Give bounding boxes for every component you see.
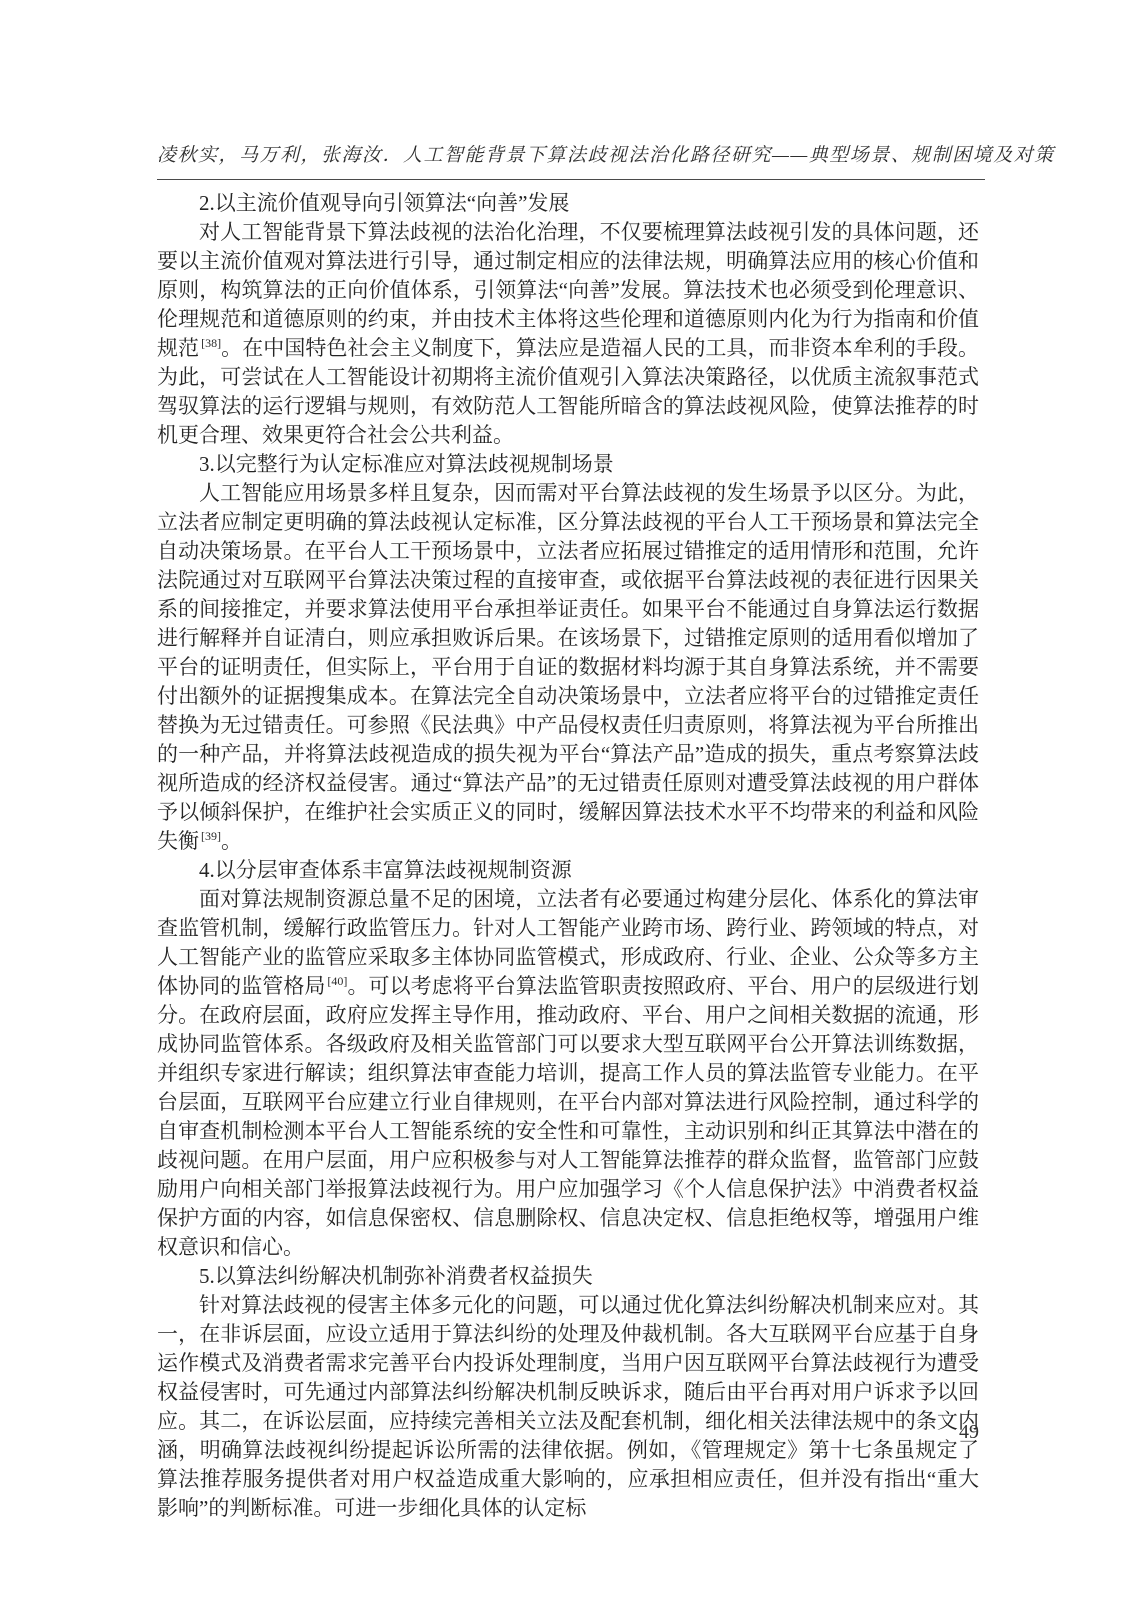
section-heading: 5.以算法纠纷解决机制弥补消费者权益损失 — [157, 1262, 979, 1291]
paper-page: 凌秋实，马万利，张海汝．人工智能背景下算法歧视法治化路径研究——典型场景、规制困… — [0, 0, 1140, 1600]
paragraph: 人工智能应用场景多样且复杂，因而需对平台算法歧视的发生场景予以区分。为此，立法者… — [157, 479, 979, 856]
citation-ref: [38] — [201, 336, 221, 350]
section-heading: 4.以分层审查体系丰富算法歧视规制资源 — [157, 856, 979, 885]
running-head: 凌秋实，马万利，张海汝．人工智能背景下算法歧视法治化路径研究——典型场景、规制困… — [157, 144, 985, 168]
section-heading: 3.以完整行为认定标准应对算法歧视规制场景 — [157, 450, 979, 479]
page-number: 49 — [157, 1421, 979, 1444]
paragraph: 面对算法规制资源总量不足的困境，立法者有必要通过构建分层化、体系化的算法审查监管… — [157, 885, 979, 1262]
paragraph: 对人工智能背景下算法歧视的法治化治理，不仅要梳理算法歧视引发的具体问题，还要以主… — [157, 218, 979, 450]
header-rule — [157, 179, 985, 180]
citation-ref: [40] — [327, 974, 347, 988]
article-body: 2.以主流价值观导向引领算法“向善”发展对人工智能背景下算法歧视的法治化治理，不… — [157, 189, 979, 1523]
citation-ref: [39] — [201, 829, 221, 843]
paragraph: 针对算法歧视的侵害主体多元化的问题，可以通过优化算法纠纷解决机制来应对。其一，在… — [157, 1291, 979, 1523]
section-heading: 2.以主流价值观导向引领算法“向善”发展 — [157, 189, 979, 218]
